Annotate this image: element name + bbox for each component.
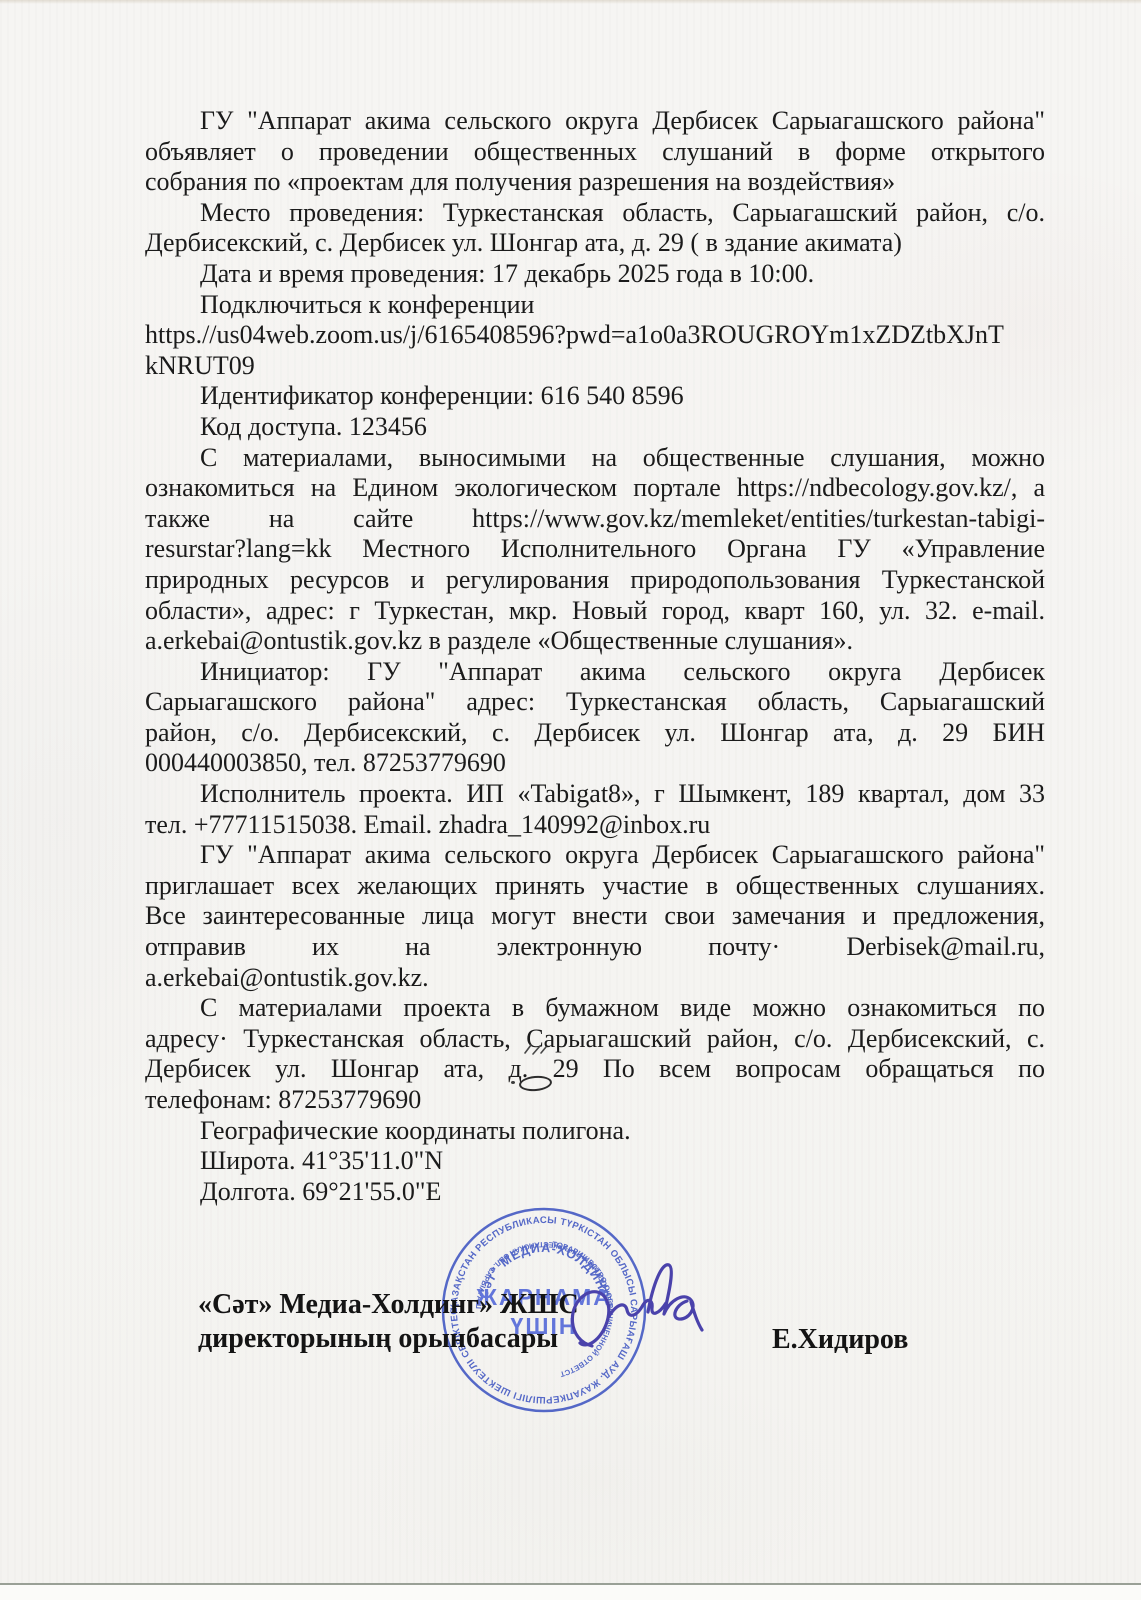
text-line: объявляет о проведении общественных слуш… bbox=[145, 137, 1045, 168]
text-line: a.erkebai@ontustik.gov.kz в разделе «Общ… bbox=[145, 626, 1045, 657]
text-line: resurstar?lang=kk Местного Исполнительно… bbox=[145, 534, 1045, 565]
text-line: Географические координаты полигона. bbox=[145, 1116, 1045, 1147]
text-line: Дербисекский, с. Дербисек ул. Шонгар ата… bbox=[145, 228, 1045, 259]
text-line: https.//us04web.zoom.us/j/6165408596?pwd… bbox=[145, 320, 1045, 351]
text-line: С материалами проекта в бумажном виде мо… bbox=[145, 993, 1045, 1024]
text-line: Дата и время проведения: 17 декабрь 2025… bbox=[145, 259, 1045, 290]
scan-top-edge bbox=[0, 0, 1141, 4]
scan-bottom-strip bbox=[0, 1585, 1141, 1600]
signer-title: директорының орынбасары bbox=[198, 1322, 579, 1356]
scan-artifact-dot bbox=[511, 1081, 515, 1084]
text-line: собрания по «проектам для получения разр… bbox=[145, 167, 1045, 198]
text-line: Широта. 41°35'11.0"N bbox=[145, 1146, 1045, 1177]
text-line: Дербисек ул. Шонгар ата, д. 29 По всем в… bbox=[145, 1054, 1045, 1085]
scan-artifact-smudge bbox=[522, 1042, 548, 1057]
text-line: области», адрес: г Туркестан, мкр. Новый… bbox=[145, 596, 1045, 627]
text-line: телефонам: 87253779690 bbox=[145, 1085, 1045, 1116]
text-line: kNRUT09 bbox=[145, 351, 1045, 382]
text-line: Подключиться к конференции bbox=[145, 290, 1045, 321]
text-line: отправив их на электронную почту· Derbis… bbox=[145, 932, 1045, 963]
text-line: С материалами, выносимыми на общественны… bbox=[145, 443, 1045, 474]
text-line: район, с/о. Дербисекский, с. Дербисек ул… bbox=[145, 718, 1045, 749]
text-line: ГУ "Аппарат акима сельского округа Дерби… bbox=[145, 106, 1045, 137]
text-line: Инициатор: ГУ "Аппарат акима сельского о… bbox=[145, 657, 1045, 688]
text-line: a.erkebai@ontustik.gov.kz. bbox=[145, 963, 1045, 994]
text-line: приглашает всех желающих принять участие… bbox=[145, 871, 1045, 902]
text-line: тел. +77711515038. Email. zhadra_140992@… bbox=[145, 810, 1045, 841]
text-line: Долгота. 69°21'55.0"E bbox=[145, 1177, 1045, 1208]
text-line: Сарыагашского района" адрес: Туркестанск… bbox=[145, 687, 1045, 718]
handwritten-signature bbox=[540, 1250, 740, 1370]
text-line: Все заинтересованные лица могут внести с… bbox=[145, 901, 1045, 932]
scanned-document-page: { "document": { "lines": [ {"t": "ГУ \"А… bbox=[0, 0, 1141, 1600]
text-line: 000440003850, тел. 87253779690 bbox=[145, 748, 1045, 779]
text-line: адресу· Туркестанская область, Сарыагашс… bbox=[145, 1024, 1045, 1055]
text-line: ГУ "Аппарат акима сельского округа Дерби… bbox=[145, 840, 1045, 871]
document-text: ГУ "Аппарат акима сельского округа Дерби… bbox=[145, 106, 1045, 1207]
signature-block: «Сәт» Медиа-Холдинг» ЖШС директорының ор… bbox=[198, 1288, 579, 1356]
text-line: Место проведения: Туркестанская область,… bbox=[145, 198, 1045, 229]
text-line: Исполнитель проекта. ИП «Tabigat8», г Шы… bbox=[145, 779, 1045, 810]
text-line: Идентификатор конференции: 616 540 8596 bbox=[145, 381, 1045, 412]
org-name: «Сәт» Медиа-Холдинг» ЖШС bbox=[198, 1288, 579, 1322]
signer-name: Е.Хидиров bbox=[772, 1324, 908, 1356]
text-line: природных ресурсов и регулирования приро… bbox=[145, 565, 1045, 596]
signature-stroke bbox=[572, 1265, 702, 1346]
text-line: ознакомиться на Едином экологическом пор… bbox=[145, 473, 1045, 504]
text-line: также на сайте https://www.gov.kz/memlek… bbox=[145, 504, 1045, 535]
text-line: Код доступа. 123456 bbox=[145, 412, 1045, 443]
